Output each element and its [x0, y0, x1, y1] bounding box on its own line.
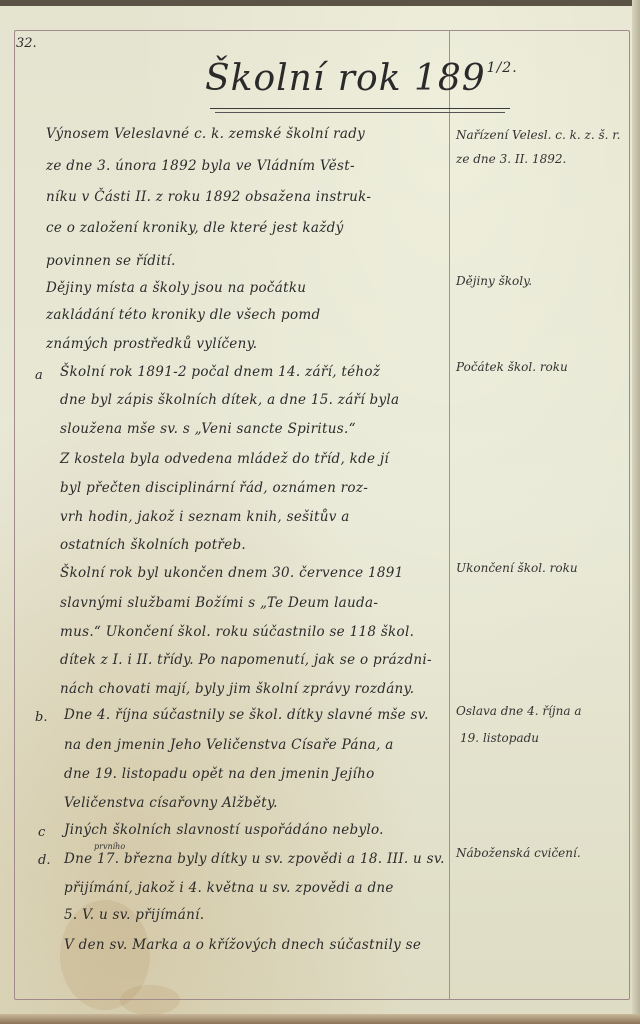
- title-text: Školní rok 189: [205, 58, 486, 99]
- text-line: mus.“ Ukončení škol. roku súčastnilo se …: [60, 624, 414, 640]
- page-right-edge: [632, 0, 640, 1024]
- text-line: dne byl zápis školních dítek, a dne 15. …: [60, 392, 399, 408]
- text-line: Školní rok 1891-2 počal dnem 14. září, t…: [60, 364, 380, 380]
- text-line: na den jmenin Jeho Veličenstva Císaře Pá…: [64, 737, 394, 753]
- page-number: 32.: [16, 36, 37, 51]
- text-line: dítek z I. i II. třídy. Po napomenutí, j…: [60, 652, 432, 668]
- insertion-note: prvního: [94, 842, 125, 851]
- text-line: V den sv. Marka a o křížových dnech súča…: [64, 937, 421, 953]
- text-line: ostatních školních potřeb.: [60, 537, 246, 553]
- text-line: sloužena mše sv. s „Veni sancte Spiritus…: [60, 421, 356, 437]
- title-underline-thin: [215, 112, 505, 113]
- text-line: známých prostředků vylíčeny.: [46, 336, 257, 352]
- text-line: níku v Části II. z roku 1892 obsažena in…: [46, 189, 371, 205]
- text-line: nách chovati mají, byly jim školní zpráv…: [60, 681, 414, 697]
- margin-note: ze dne 3. II. 1892.: [456, 152, 566, 166]
- text-line: přijímání, jakož i 4. května u sv. zpově…: [64, 880, 394, 896]
- text-line: byl přečten disciplinární řád, oznámen r…: [60, 480, 368, 496]
- item-marker-d: d.: [38, 853, 50, 868]
- page-title: Školní rok 1891/2.: [205, 58, 505, 99]
- text-line: povinnen se řídití.: [46, 253, 176, 269]
- margin-column-divider: [449, 30, 450, 1000]
- item-marker-b: b.: [35, 710, 47, 725]
- text-line: ze dne 3. února 1892 byla ve Vládním Věs…: [46, 158, 355, 174]
- item-marker-a: a: [35, 368, 43, 383]
- margin-note: 19. listopadu: [460, 731, 539, 745]
- chronicle-page: 32. Školní rok 1891/2. Výnosem Veleslavn…: [0, 0, 640, 1024]
- text-line: Dne 17. března byly dítky u sv. zpovědi …: [64, 851, 445, 867]
- title-fraction: 1/2.: [487, 60, 518, 76]
- text-line: Školní rok byl ukončen dnem 30. července…: [60, 565, 404, 581]
- margin-note: Ukončení škol. roku: [456, 561, 578, 575]
- text-line: dne 19. listopadu opět na den jmenin Jej…: [64, 766, 375, 782]
- item-marker-c: c: [38, 825, 45, 840]
- text-line: Dne 4. října súčastnily se škol. dítky s…: [64, 707, 429, 723]
- text-line: ce o založení kroniky, dle které jest ka…: [46, 220, 344, 236]
- page-top-edge: [0, 0, 640, 6]
- title-underline: [210, 108, 510, 109]
- text-line: zakládání této kroniky dle všech pomd: [46, 307, 320, 323]
- page-bottom-edge: [0, 1014, 640, 1024]
- text-line: 5. V. u sv. přijímání.: [64, 907, 204, 923]
- text-line: Dějiny místa a školy jsou na počátku: [46, 280, 306, 296]
- margin-note: Oslava dne 4. října a: [456, 704, 581, 718]
- text-line: Veličenstva císařovny Alžběty.: [64, 795, 278, 811]
- text-line: Z kostela byla odvedena mládež do tříd, …: [60, 451, 389, 467]
- text-line: Výnosem Veleslavné c. k. zemské školní r…: [46, 126, 365, 142]
- text-line: Jiných školních slavností uspořádáno neb…: [64, 822, 384, 838]
- text-line: slavnými službami Božími s „Te Deum laud…: [60, 595, 378, 611]
- text-line: vrh hodin, jakož i seznam knih, sešitův …: [60, 509, 350, 525]
- margin-note: Dějiny školy.: [456, 274, 532, 288]
- margin-note: Náboženská cvičení.: [456, 846, 581, 860]
- margin-note: Počátek škol. roku: [456, 360, 568, 374]
- margin-note: Nařízení Velesl. c. k. z. š. r.: [456, 128, 620, 142]
